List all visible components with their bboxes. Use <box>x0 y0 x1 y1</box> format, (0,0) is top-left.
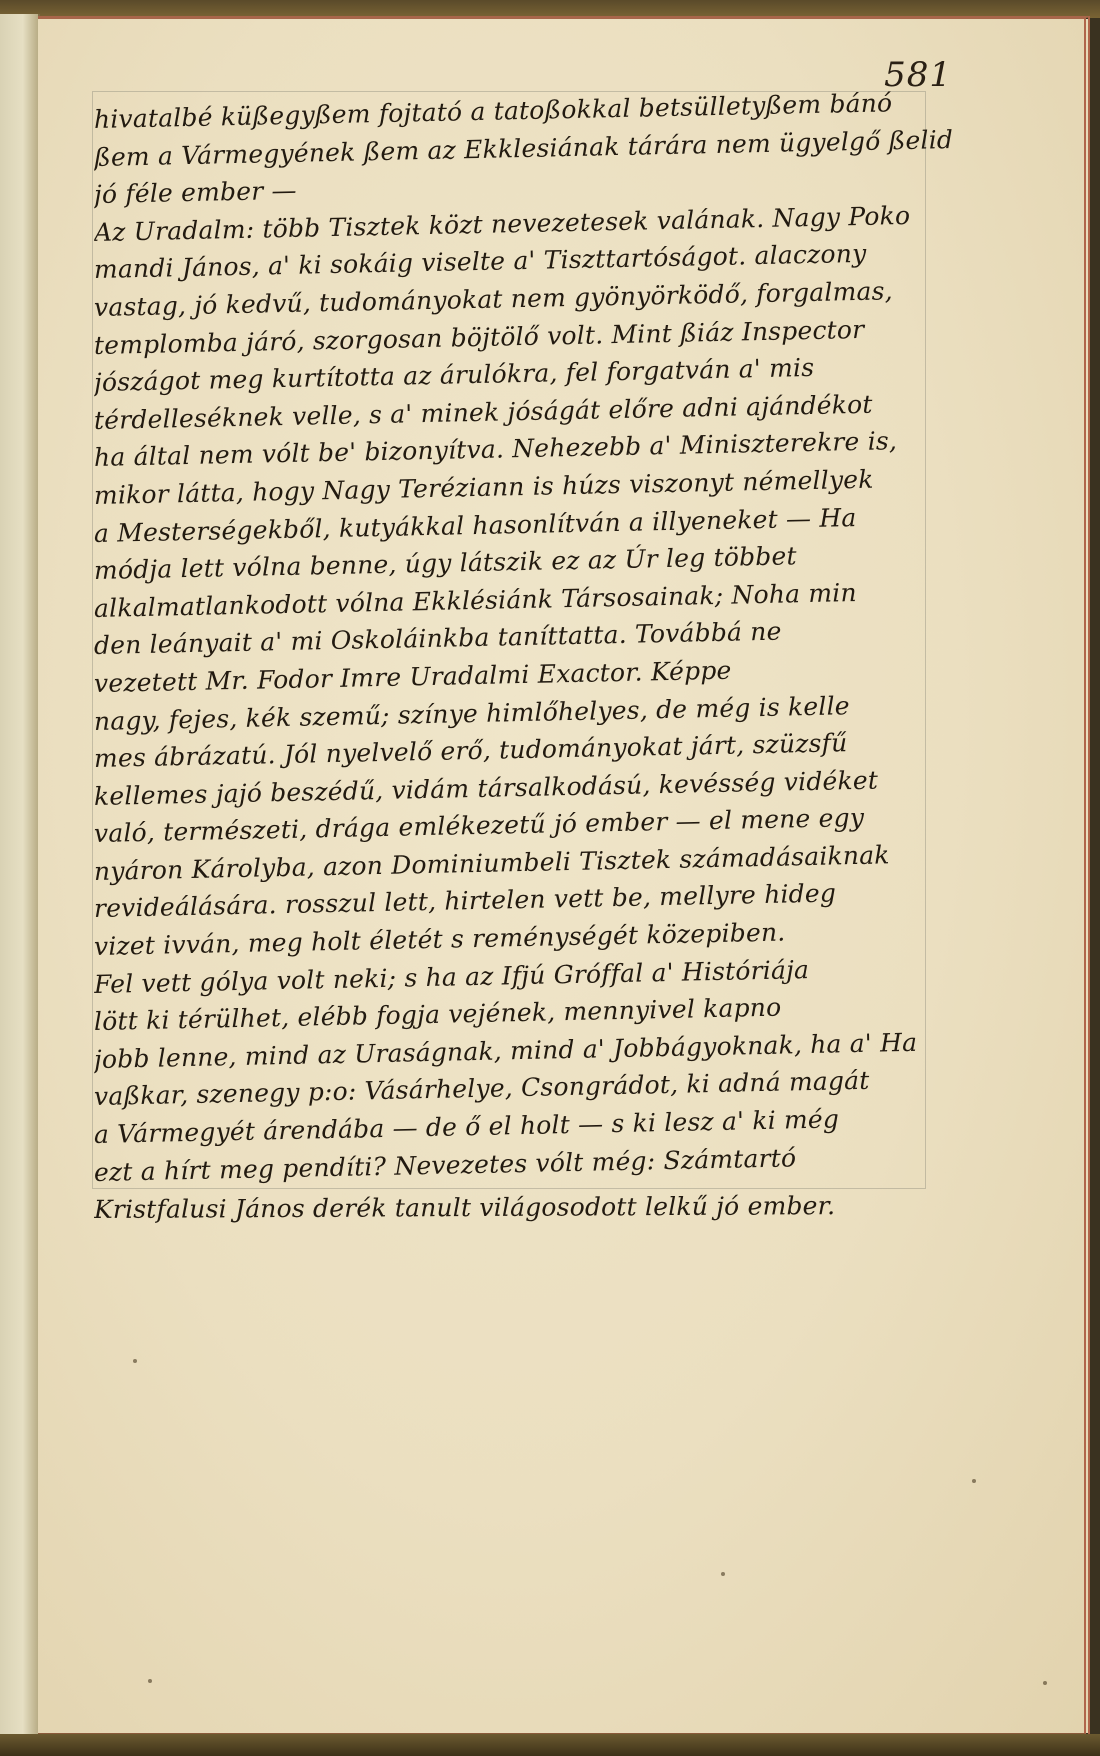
paper-speck <box>1043 1681 1047 1685</box>
paper-speck <box>148 1679 152 1683</box>
book-binding-bottom <box>0 1734 1100 1756</box>
paper-speck <box>133 1359 137 1363</box>
handwritten-text: hivatalbé küßegyßem fojtató a tatoßokkal… <box>94 101 974 1229</box>
text-line: Kristfalusi János derék tanult világosod… <box>94 1187 974 1229</box>
paper-speck <box>972 1479 976 1483</box>
paper-speck <box>721 1572 725 1576</box>
previous-page-edge <box>0 14 40 1740</box>
manuscript-page: 581 hivatalbé küßegyßem fojtató a tatoßo… <box>38 16 1090 1736</box>
